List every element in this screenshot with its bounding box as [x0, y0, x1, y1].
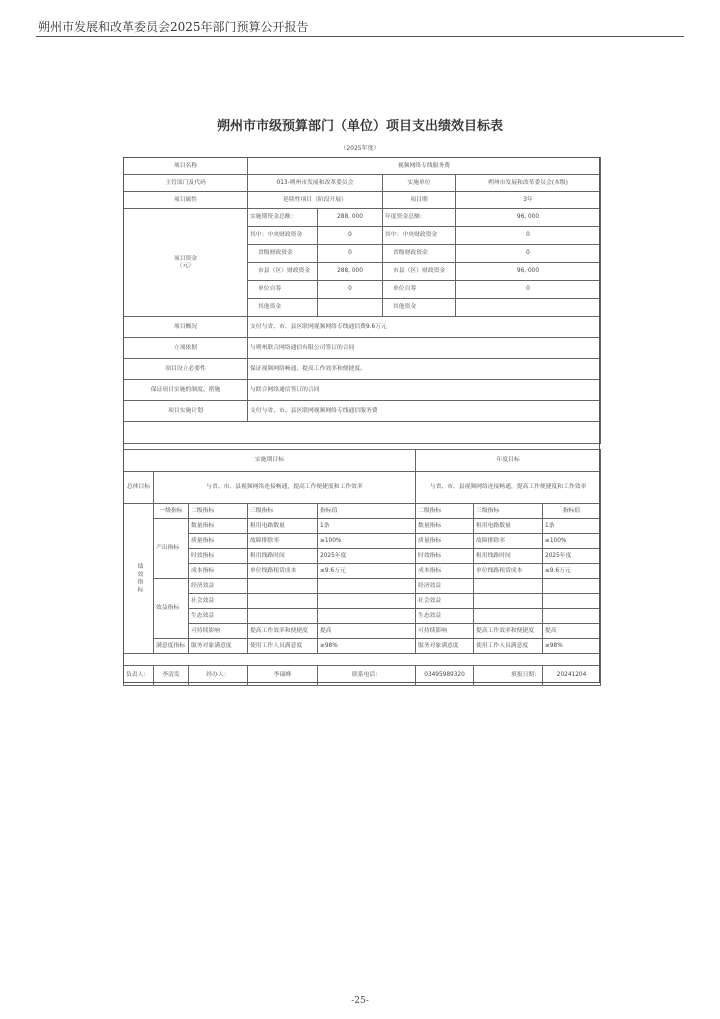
- annual-indicator-l3: [474, 579, 543, 594]
- col-header: 三级指标: [474, 504, 543, 519]
- annual-indicator-l2: 生态效益: [416, 609, 474, 624]
- annual-indicator-l2: 质量指标: [416, 534, 474, 549]
- indicator-l3: 租用线路时间: [248, 549, 318, 564]
- period-goal-header: 实施期目标: [124, 450, 416, 472]
- dept-label: 主管部门及代码: [124, 175, 248, 192]
- performance-indicators-label: 绩效指标: [124, 504, 154, 654]
- indicator-value: 1条: [318, 519, 416, 534]
- info-value: 保证视频网络畅通，提高工作效率和便捷度。: [248, 359, 601, 380]
- info-label: 项目实施计划: [124, 401, 248, 422]
- level1-output: 产出指标: [154, 519, 189, 579]
- annual-indicator-l3: 提高工作效率和便捷度: [474, 624, 543, 639]
- funds-unit: （元）: [126, 263, 245, 270]
- phone-label: 联系电话：: [318, 666, 416, 686]
- info-value: 支付与省、市、县区联网视频网络专线通信服务费: [248, 401, 601, 422]
- indicator-l3: 使用工作人员满意度: [248, 639, 318, 654]
- dept-value: 013-朔州市发展和改革委员会: [248, 175, 383, 192]
- annual-indicator-l2: 社会效益: [416, 594, 474, 609]
- annual-indicator-l2: 数量指标: [416, 519, 474, 534]
- fund-row-label: 省级财政资金: [248, 245, 318, 263]
- fund-row-label: 省级财政资金: [383, 245, 456, 263]
- col-header: 一级指标: [154, 504, 189, 519]
- indicator-l3: [248, 609, 318, 624]
- responsible-value: 李清发: [154, 666, 189, 686]
- info-value: 与朔州联合网络通信有限公司签订的合同: [248, 338, 601, 359]
- annual-indicator-value: 2025年度: [543, 549, 601, 564]
- indicator-value: [318, 609, 416, 624]
- indicator-l2: 经济效益: [189, 579, 248, 594]
- indicator-l3: 租用电路数量: [248, 519, 318, 534]
- annual-indicator-l2: 经济效益: [416, 579, 474, 594]
- annual-indicator-value: 1条: [543, 519, 601, 534]
- info-value: 支付与省、市、县区联网视频网络专线通信费9.6万元: [248, 317, 601, 338]
- period-value: 3年: [456, 192, 601, 209]
- indicator-l2: 可持续影响: [189, 624, 248, 639]
- fund-row-label: 市县（区）财政资金: [248, 263, 318, 281]
- responsible-label: 负责人：: [124, 666, 154, 686]
- fund-row-value: [456, 299, 601, 317]
- header-divider: [36, 36, 684, 37]
- indicator-l2: 社会效益: [189, 594, 248, 609]
- annual-indicator-value: 提高: [543, 624, 601, 639]
- indicator-l3: 单位线路租赁成本: [248, 564, 318, 579]
- indicator-l2: 质量指标: [189, 534, 248, 549]
- indicator-value: [318, 579, 416, 594]
- annual-indicator-l3: 租用电路数量: [474, 519, 543, 534]
- indicators-table: 实施期目标 年度目标 总体目标 与省、市、县视频网络连接畅通，提高工作便捷度和工…: [123, 449, 601, 686]
- indicator-value: [318, 594, 416, 609]
- fund-row-value: 0: [318, 227, 383, 245]
- handler-value: 李瑞峰: [248, 666, 318, 686]
- fund-row-value: 0: [456, 245, 601, 263]
- date-value: 20241204: [543, 666, 601, 686]
- annual-indicator-value: ≥100%: [543, 534, 601, 549]
- fund-row-value: 0: [318, 281, 383, 299]
- fund-row-label: 单位自筹: [383, 281, 456, 299]
- info-label: 项目概况: [124, 317, 248, 338]
- date-label: 填报日期：: [474, 666, 543, 686]
- fund-row-value: 0: [456, 227, 601, 245]
- col-header: 二级指标: [416, 504, 474, 519]
- funds-label-cell: 项目资金 （元）: [124, 209, 248, 317]
- annual-indicator-value: ≤9.6万元: [543, 564, 601, 579]
- indicator-l2: 服务对象满意度: [189, 639, 248, 654]
- annual-indicator-l3: 单位线路租赁成本: [474, 564, 543, 579]
- impl-unit-value: 朔州市发展和改革委员会(本级): [456, 175, 601, 192]
- fund-row-value: 0: [456, 281, 601, 299]
- fund-row-label: 其他资金: [383, 299, 456, 317]
- indicator-l3: 提高工作效率和便捷度: [248, 624, 318, 639]
- col-header: 指标值: [543, 504, 601, 519]
- basic-info-table: 项目名称 视频网络专线服务费 主管部门及代码 013-朔州市发展和改革委员会 实…: [123, 157, 601, 444]
- annual-indicator-l2: 时效指标: [416, 549, 474, 564]
- indicator-value: ≥98%: [318, 639, 416, 654]
- annual-indicator-l2: 成本指标: [416, 564, 474, 579]
- annual-indicator-value: [543, 579, 601, 594]
- document-title: 朔州市市级预算部门（单位）项目支出绩效目标表: [0, 115, 720, 134]
- period-label: 项目期: [383, 192, 456, 209]
- annual-indicator-l2: 可持续影响: [416, 624, 474, 639]
- annual-indicator-l3: 故障排除率: [474, 534, 543, 549]
- indicator-l3: [248, 579, 318, 594]
- document-subtitle: （2025年度）: [0, 143, 720, 152]
- info-label: 立项依据: [124, 338, 248, 359]
- funds-label: 项目资金: [126, 256, 245, 263]
- indicator-value: 提高: [318, 624, 416, 639]
- attr-label: 项目属性: [124, 192, 248, 209]
- level1-satisfaction: 满意度指标: [154, 639, 189, 654]
- annual-indicator-l2: 服务对象满意度: [416, 639, 474, 654]
- project-name-value: 视频网络专线服务费: [248, 158, 601, 175]
- attr-value: 延续性项目（阶段开展）: [248, 192, 383, 209]
- period-goal-text: 与省、市、县视频网络连接畅通，提高工作便捷度和工作效率: [154, 472, 416, 504]
- level1-benefit: 效益指标: [154, 579, 189, 639]
- indicator-value: ≥100%: [318, 534, 416, 549]
- annual-goal-text: 与省、市、县视频网络连接畅通，提高工作便捷度和工作效率: [416, 472, 601, 504]
- annual-indicator-value: ≥98%: [543, 639, 601, 654]
- page-number: -25-: [0, 996, 720, 1006]
- fund-row-value: 96, 000: [456, 263, 601, 281]
- indicator-l2: 生态效益: [189, 609, 248, 624]
- annual-indicator-l3: [474, 609, 543, 624]
- blank-row: [124, 422, 601, 444]
- fund-row-label: 单位自筹: [248, 281, 318, 299]
- blank-row: [124, 654, 601, 666]
- phone-value: 03495989320: [416, 666, 474, 686]
- indicator-l2: 时效指标: [189, 549, 248, 564]
- annual-goal-header: 年度目标: [416, 450, 601, 472]
- col-header: 二级指标: [189, 504, 248, 519]
- annual-indicator-l3: [474, 594, 543, 609]
- fund-row-value: [318, 299, 383, 317]
- overall-goal-label: 总体目标: [124, 472, 154, 504]
- annual-indicator-value: [543, 609, 601, 624]
- annual-indicator-l3: 租用线路时间: [474, 549, 543, 564]
- handler-label: 经办人：: [189, 666, 248, 686]
- indicator-value: ≤9.6万元: [318, 564, 416, 579]
- fund-row-value: 288, 000: [318, 209, 383, 227]
- fund-row-value: 96, 000: [456, 209, 601, 227]
- page-header: 朔州市发展和改革委员会2025年部门预算公开报告: [38, 18, 309, 35]
- fund-row-label: 其中：中央财政资金: [248, 227, 318, 245]
- indicator-l3: 故障排除率: [248, 534, 318, 549]
- info-value: 与联合网络通信签订的合同: [248, 380, 601, 401]
- annual-indicator-l3: 使用工作人员满意度: [474, 639, 543, 654]
- project-name-label: 项目名称: [124, 158, 248, 175]
- annual-indicator-value: [543, 594, 601, 609]
- impl-unit-label: 实施单位: [383, 175, 456, 192]
- indicator-value: 2025年度: [318, 549, 416, 564]
- fund-row-label: 其中：中央财政资金: [383, 227, 456, 245]
- fund-row-label: 市县（区）财政资金: [383, 263, 456, 281]
- fund-row-value: 288, 000: [318, 263, 383, 281]
- col-header: 指标值: [318, 504, 416, 519]
- fund-row-label: 其他资金: [248, 299, 318, 317]
- col-header: 三级指标: [248, 504, 318, 519]
- fund-row-label: 年度资金总额：: [383, 209, 456, 227]
- fund-row-value: 0: [318, 245, 383, 263]
- indicator-l2: 数量指标: [189, 519, 248, 534]
- fund-row-label: 实施期资金总额：: [248, 209, 318, 227]
- info-label: 项目设立必要性: [124, 359, 248, 380]
- indicator-l3: [248, 594, 318, 609]
- indicator-l2: 成本指标: [189, 564, 248, 579]
- info-label: 保证项目实施的制度、措施: [124, 380, 248, 401]
